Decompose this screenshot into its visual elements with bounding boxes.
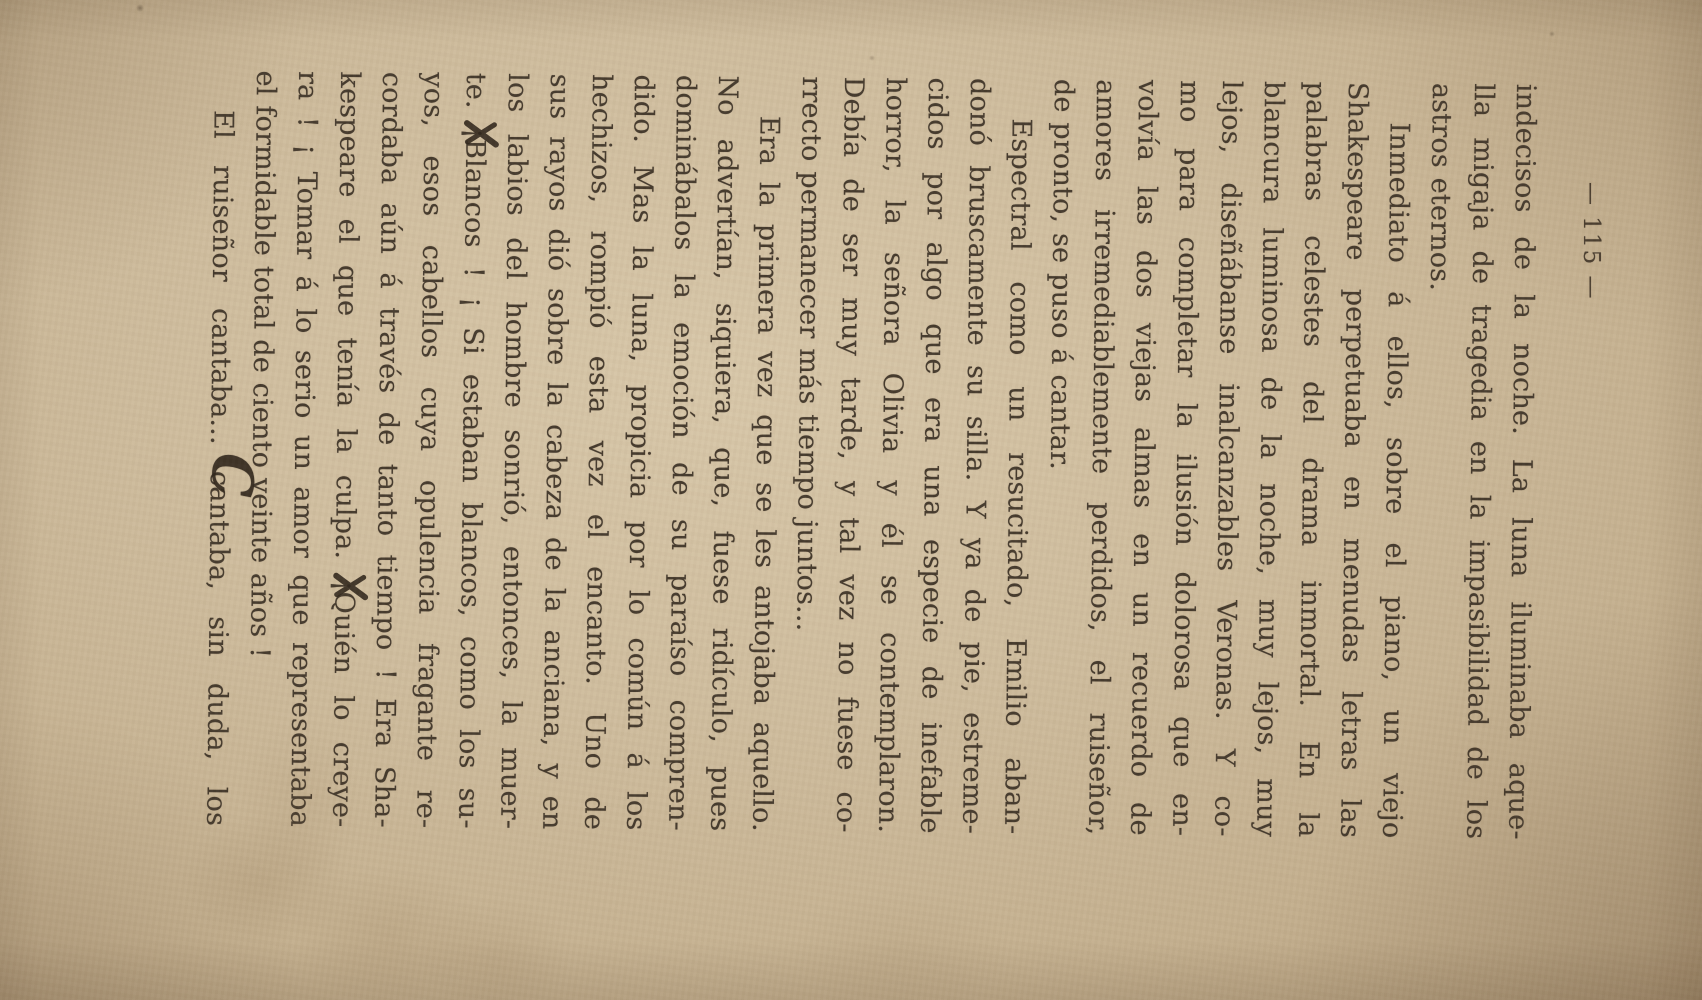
text-line: Shakespeare perpetuaba en menudas letras… — [1328, 82, 1378, 838]
text-line: mo para completar la ilusión dolorosa qu… — [1160, 80, 1210, 836]
text-line: Inmediato á ellos, sobre el piano, un vi… — [1370, 82, 1420, 838]
marked-character: ¡ — [323, 580, 365, 592]
text-line: El ruiseñor cantaba... cCantaba, sin dud… — [194, 70, 244, 826]
marked-character: ¡ — [453, 128, 495, 140]
text-line: ra ! ¡ Tomar á lo serio un amor que repr… — [278, 71, 328, 827]
text-line: te. ¡Blancos ! ¡ Si estaban blancos, com… — [446, 73, 496, 829]
text-line: cidos por algo que era una especie de in… — [908, 77, 958, 833]
text-line: hechizos, rompió esta vez el encanto. Un… — [572, 74, 622, 830]
handwritten-x-mark — [461, 114, 499, 152]
text-line: No advertían, siquiera, que, fuese ridíc… — [698, 75, 748, 831]
text-line: blancura luminosa de la noche, muy lejos… — [1244, 81, 1294, 837]
text-line: palabras celestes del drama inmortal. En… — [1286, 81, 1336, 837]
text-line: indecisos de la noche. La luna iluminaba… — [1496, 84, 1546, 840]
text-line: yos, esos cabellos cuya opulencia fragan… — [404, 72, 454, 828]
text-line: lejos, diseñábanse inalcanzables Veronas… — [1202, 80, 1252, 836]
text-line: volvía las dos viejas almas en un recuer… — [1118, 80, 1168, 836]
text-line: los labios del hombre sonrió, entonces, … — [488, 73, 538, 829]
scanned-book-page: — 115 — indecisos de la noche. La luna i… — [0, 0, 1702, 1000]
text-line: donó bruscamente su silla. Y ya de pie, … — [950, 78, 1000, 834]
text-line: Era la primera vez que se les antojaba a… — [740, 76, 790, 832]
rotated-page-content: — 115 — indecisos de la noche. La luna i… — [0, 0, 1702, 1000]
marked-character: cC — [198, 471, 240, 487]
text-line: kespeare el que tenía la culpa. ¡Quién l… — [320, 71, 370, 827]
text-line: Debía de ser muy tarde, y tal vez no fue… — [824, 77, 874, 833]
page-number: — 115 — — [1578, 182, 1604, 301]
text-line: dominábalos la emoción de su paraíso com… — [656, 75, 706, 831]
text-line: amores irremediablemente perdidos, el ru… — [1076, 79, 1126, 835]
text-line: horror, la señora Olivia y él se contemp… — [866, 77, 916, 833]
text-line: sus rayos dió sobre la cabeza de la anci… — [530, 73, 580, 829]
text-line: cordaba aún á través de tanto tiempo ! E… — [362, 72, 412, 828]
handwritten-x-mark — [330, 566, 368, 604]
text-line: lla migaja de tragedia en la impasibilid… — [1454, 83, 1504, 839]
text-block: indecisos de la noche. La luna iluminaba… — [194, 70, 1546, 840]
text-line: dido. Mas la luna, propicia por lo común… — [614, 74, 664, 830]
text-line: Espectral como un resucitado, Emilio aba… — [992, 78, 1042, 834]
